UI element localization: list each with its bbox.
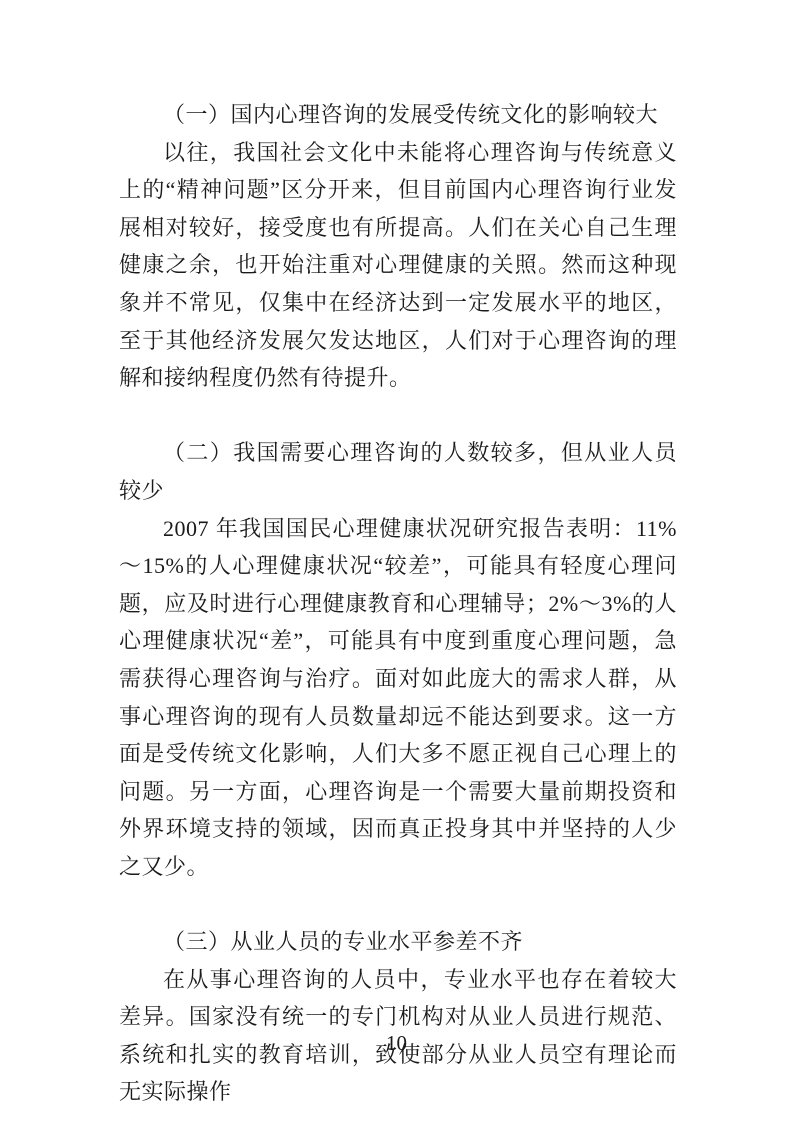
section-3-heading: （三）从业人员的专业水平参差不齐: [119, 923, 677, 961]
section-2: （二）我国需要心理咨询的人数较多，但从业人员较少 2007 年我国国民心理健康状…: [119, 434, 677, 885]
document-page: （一）国内心理咨询的发展受传统文化的影响较大 以往，我国社会文化中未能将心理咨询…: [0, 0, 793, 1122]
section-1-heading: （一）国内心理咨询的发展受传统文化的影响较大: [119, 96, 677, 134]
section-2-paragraph: 2007 年我国国民心理健康状况研究报告表明：11%～15%的人心理健康状况“较…: [119, 510, 677, 886]
section-3: （三）从业人员的专业水平参差不齐 在从事心理咨询的人员中，专业水平也存在着较大差…: [119, 923, 677, 1111]
section-2-heading: （二）我国需要心理咨询的人数较多，但从业人员较少: [119, 434, 677, 509]
page-number: 10: [0, 1028, 793, 1058]
section-1: （一）国内心理咨询的发展受传统文化的影响较大 以往，我国社会文化中未能将心理咨询…: [119, 96, 677, 397]
section-1-paragraph: 以往，我国社会文化中未能将心理咨询与传统意义上的“精神问题”区分开来，但目前国内…: [119, 134, 677, 397]
document-body: （一）国内心理咨询的发展受传统文化的影响较大 以往，我国社会文化中未能将心理咨询…: [119, 96, 677, 1111]
